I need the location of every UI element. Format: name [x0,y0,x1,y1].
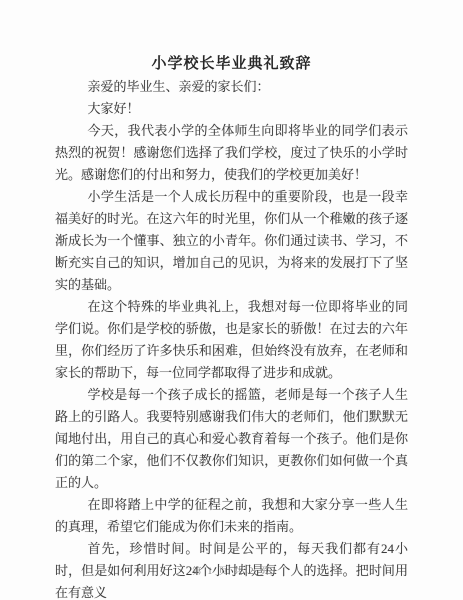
body-paragraph-5: 在即将踏上中学的征程之前，我想和大家分享一些人生的真理，希望它们能成为你们未来的… [55,494,408,538]
body-paragraph-4: 学校是每一个孩子成长的摇篮，老师是每一个孩子人生路上的引路人。我要特别感谢我们伟… [55,384,408,494]
body-paragraph-1: 今天，我代表小学的全体师生向即将毕业的同学们表示热烈的祝贺！感谢您们选择了我们学… [55,120,408,186]
document-title: 小学校长毕业典礼致辞 [55,54,408,74]
salutation-line: 亲爱的毕业生、亲爱的家长们： [55,76,408,98]
page-number-footer: 第 1 页 共 2 页 [0,564,463,577]
body-paragraph-2: 小学生活是一个人成长历程中的重要阶段，也是一段幸福美好的时光。在这六年的时光里，… [55,186,408,296]
body-paragraph-3: 在这个特殊的毕业典礼上，我想对每一位即将毕业的同学们说。你们是学校的骄傲，也是家… [55,296,408,384]
greeting-line: 大家好！ [55,98,408,120]
document-page: 小学校长毕业典礼致辞 亲爱的毕业生、亲爱的家长们： 大家好！ 今天，我代表小学的… [0,0,463,600]
document-content: 小学校长毕业典礼致辞 亲爱的毕业生、亲爱的家长们： 大家好！ 今天，我代表小学的… [0,0,463,600]
